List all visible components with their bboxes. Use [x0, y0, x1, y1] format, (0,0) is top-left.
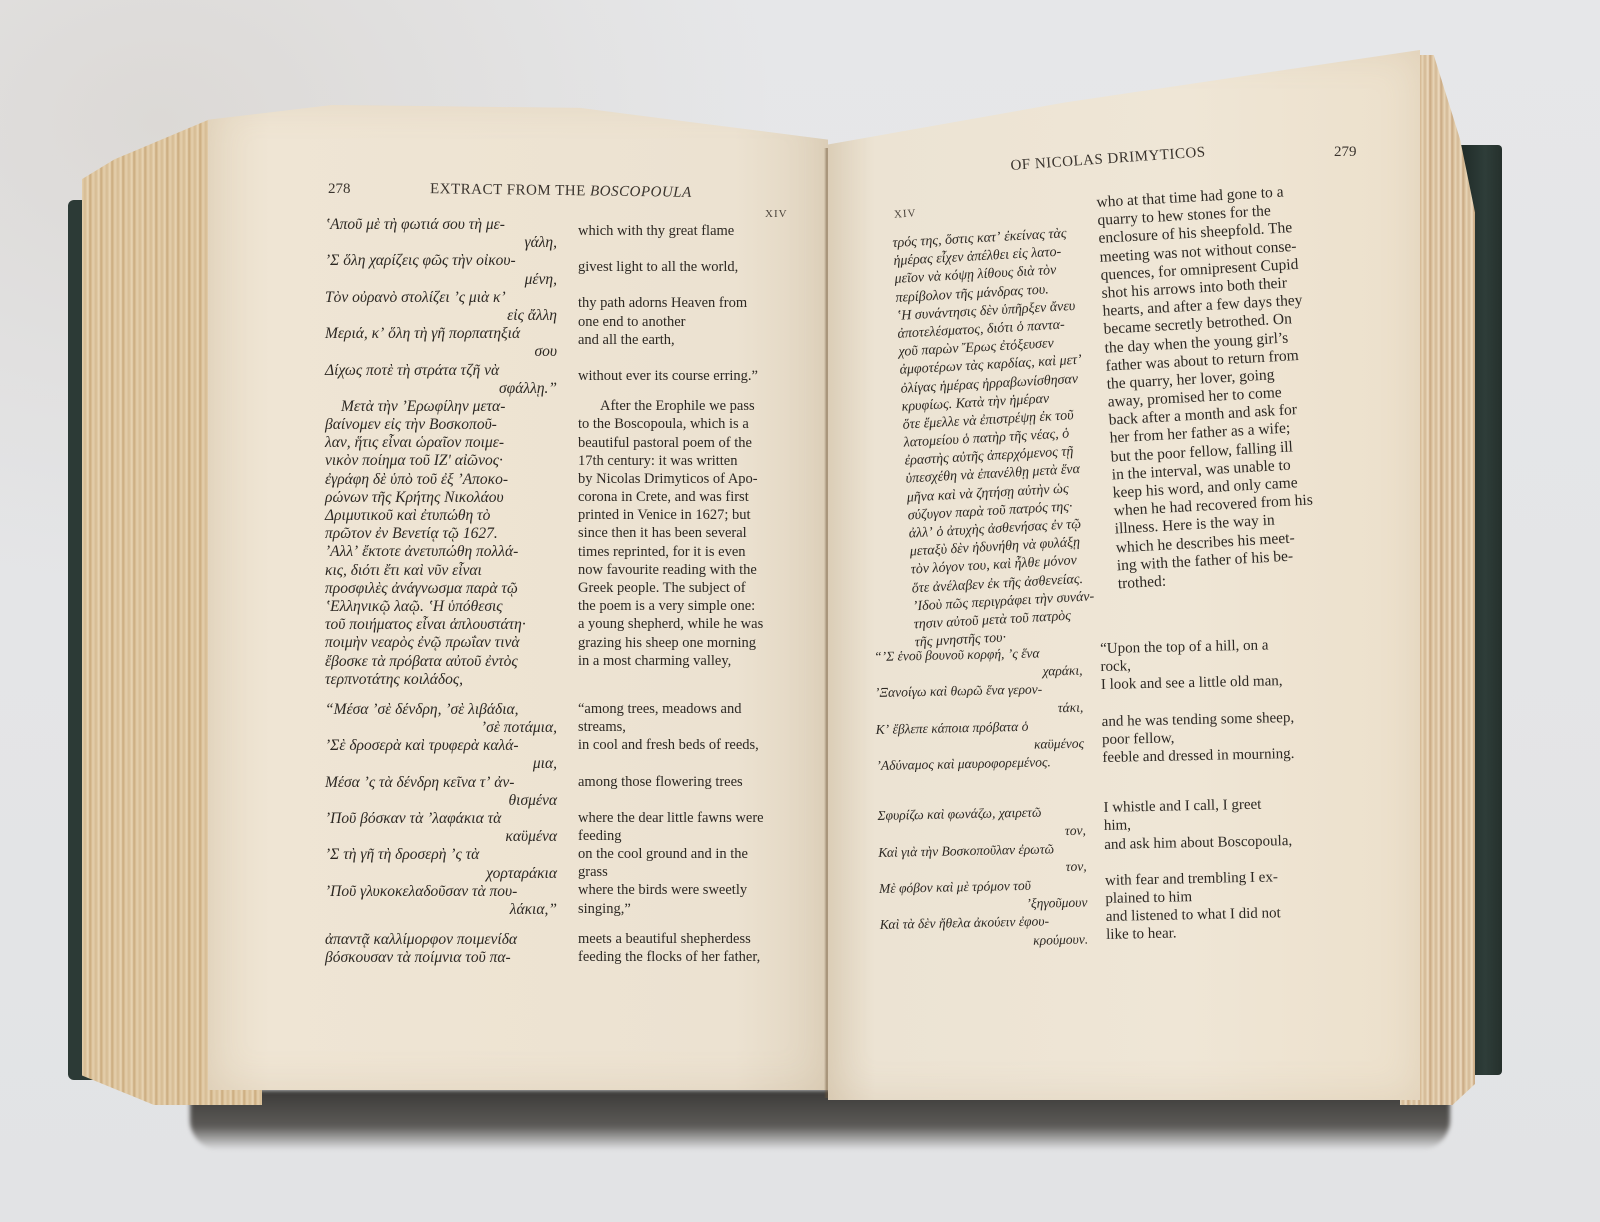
greek-line: θισμένα	[325, 792, 557, 810]
english-line: one end to another	[578, 313, 788, 331]
english-line: After the Erophile we pass	[578, 397, 788, 415]
english-line: since then it has been several	[578, 524, 788, 542]
running-head-italic: BOSCOPOULA	[590, 183, 692, 200]
greek-line: εἰς ἄλλη	[325, 307, 557, 325]
greek-line: ʽΑποῦ μὲ τὴ φωτιά σου τὴ με-	[325, 216, 557, 234]
english-line: times reprinted, for it is even	[578, 543, 788, 561]
greek-line: νικὸν ποίημα τοῦ ΙΖʹ αἰῶνος·	[325, 452, 557, 470]
greek-line: ʼσὲ ποτάμια,	[325, 719, 557, 737]
greek-line: ʼΣ τὴ γῆ τὴ δροσερὴ ʼς τὰ	[325, 846, 557, 864]
english-line: streams,	[578, 718, 788, 736]
english-line: in cool and fresh beds of reeds,	[578, 736, 788, 754]
greek-line: ποιμὴν νεαρὸς ἐνῷ πρωΐαν τινὰ	[325, 634, 557, 652]
section-mark-right: XIV	[894, 207, 917, 221]
greek-line: Μεριά, κʼ ὅλη τὴ γῆ πορπατηξιά	[325, 325, 557, 343]
greek-line: Δίχως ποτὲ τὴ στράτα τζῆ νὰ	[325, 362, 557, 380]
english-line: “among trees, meadows and	[578, 700, 788, 718]
greek-line: ʼΠοῦ βόσκαν τὰ ʼλαφάκια τὰ	[325, 810, 557, 828]
right-english-column: who at that time had gone to a quarry to…	[1096, 180, 1358, 593]
english-line: where the dear little fawns were	[578, 809, 788, 827]
greek-line: καϋμένα	[325, 828, 557, 846]
greek-line: λαν, ἥτις εἶναι ὡραῖον ποιμε-	[325, 434, 557, 452]
greek-line: ʽΕλληνικῷ λαῷ. ʽΗ ὑπόθεσις	[325, 598, 557, 616]
english-line: in a most charming valley,	[578, 652, 788, 670]
greek-line: Τὸν οὐρανὸ στολίζει ʼς μιὰ κʼ	[325, 289, 557, 307]
english-line: the poem is a very simple one:	[578, 597, 788, 615]
english-line: meets a beautiful shepherdess	[578, 930, 788, 948]
greek-line: πρῶτον ἐν Βενετίᾳ τῷ 1627.	[325, 525, 557, 543]
greek-line: σφάλλῃ.”	[325, 380, 557, 398]
greek-line: Δριμυτικοῦ καὶ ἐτυπώθη τὸ	[325, 507, 557, 525]
running-head-left: EXTRACT FROM THE BOSCOPOULA	[430, 181, 692, 202]
greek-line: ʼΠοῦ γλυκοκελαδοῦσαν τὰ που-	[325, 883, 557, 901]
english-line: which with thy great flame	[578, 222, 788, 240]
greek-line: ρώνων τῆς Κρήτης Νικολάου	[325, 489, 557, 507]
english-line: to the Boscopoula, which is a	[578, 415, 788, 433]
left-english-column: which with thy great flame givest light …	[578, 222, 788, 966]
page-number-right: 279	[1334, 144, 1357, 161]
english-line: corona in Crete, and was first	[578, 488, 788, 506]
english-line: where the birds were sweetly	[578, 881, 788, 899]
greek-line: Μετὰ τὴν ʼΕρωφίλην μετα-	[325, 398, 557, 416]
greek-line: χορταράκια	[325, 865, 557, 883]
english-line: grass	[578, 863, 788, 881]
greek-line: ʼΣὲ δροσερὰ καὶ τρυφερὰ καλά-	[325, 737, 557, 755]
running-head-text: EXTRACT FROM THE	[430, 181, 590, 199]
greek-line: ἀπαντᾷ καλλίμορφον ποιμενίδα	[325, 931, 557, 949]
english-line: feeding the flocks of her father,	[578, 948, 788, 966]
english-line: grazing his sheep one morning	[578, 634, 788, 652]
greek-line: γάλη,	[325, 234, 557, 252]
english-line: on the cool ground and in the	[578, 845, 788, 863]
english-line: printed in Venice in 1627; but	[578, 506, 788, 524]
english-line: thy path adorns Heaven from	[578, 294, 788, 312]
greek-line: “Μέσα ʼσὲ δένδρη, ʼσὲ λιβάδια,	[325, 701, 557, 719]
english-line: feeding	[578, 827, 788, 845]
english-line: Greek people. The subject of	[578, 579, 788, 597]
english-line: by Nicolas Drimyticos of Apo-	[578, 470, 788, 488]
greek-line: Μέσα ʼς τὰ δένδρη κεῖνα τʼ ἀν-	[325, 774, 557, 792]
right-poem-english-column: “Upon the top of a hill, on a rock, I lo…	[1100, 635, 1356, 945]
english-line: a young shepherd, while he was	[578, 615, 788, 633]
greek-line: μια,	[325, 755, 557, 773]
english-line: among those flowering trees	[578, 773, 788, 791]
greek-line: τοῦ ποιήματος εἶναι ἁπλουστάτη·	[325, 616, 557, 634]
greek-line: βαίνομεν εἰς τὴν Βοσκοποῦ-	[325, 416, 557, 434]
greek-line: λάκια,”	[325, 901, 557, 919]
left-greek-column: ʽΑποῦ μὲ τὴ φωτιά σου τὴ με- γάλη, ʼΣ ὅλ…	[325, 216, 557, 968]
page-number-left: 278	[328, 181, 351, 198]
greek-line: βόσκουσαν τὰ ποίμνια τοῦ πα-	[325, 949, 557, 967]
greek-line: σου	[325, 343, 557, 361]
greek-line: κις, διότι ἔτι καὶ νῦν εἶναι	[325, 562, 557, 580]
english-line: singing,”	[578, 900, 788, 918]
english-line: beautiful pastoral poem of the	[578, 434, 788, 452]
english-line: without ever its course erring.”	[578, 367, 788, 385]
english-line: 17th century: it was written	[578, 452, 788, 470]
english-line: now favourite reading with the	[578, 561, 788, 579]
greek-line: ʼΣ ὅλη χαρίζεις φῶς τὴν οἰκου-	[325, 252, 557, 270]
greek-line: ʼΑλλʼ ἔκτοτε ἀνετυπώθη πολλά-	[325, 543, 557, 561]
greek-line: ἐγράφη δὲ ὑπὸ τοῦ ἐξ ʼΑποκο-	[325, 471, 557, 489]
english-line: givest light to all the world,	[578, 258, 788, 276]
greek-line: τερπνοτάτης κοιλάδος,	[325, 671, 557, 689]
greek-line: ἔβοσκε τὰ πρόβατα αὐτοῦ ἐντὸς	[325, 653, 557, 671]
greek-line: μένη,	[325, 271, 557, 289]
right-poem-greek-column: “ʼΣ ἑνοῦ βουνοῦ κορφή, ʼς ἕνα χαράκι, ʼΞ…	[874, 644, 1088, 953]
english-line: and all the earth,	[578, 331, 788, 349]
section-mark-left: XIV	[765, 208, 788, 220]
greek-line: προσφιλὲς ἀνάγνωσμα παρὰ τῷ	[325, 580, 557, 598]
